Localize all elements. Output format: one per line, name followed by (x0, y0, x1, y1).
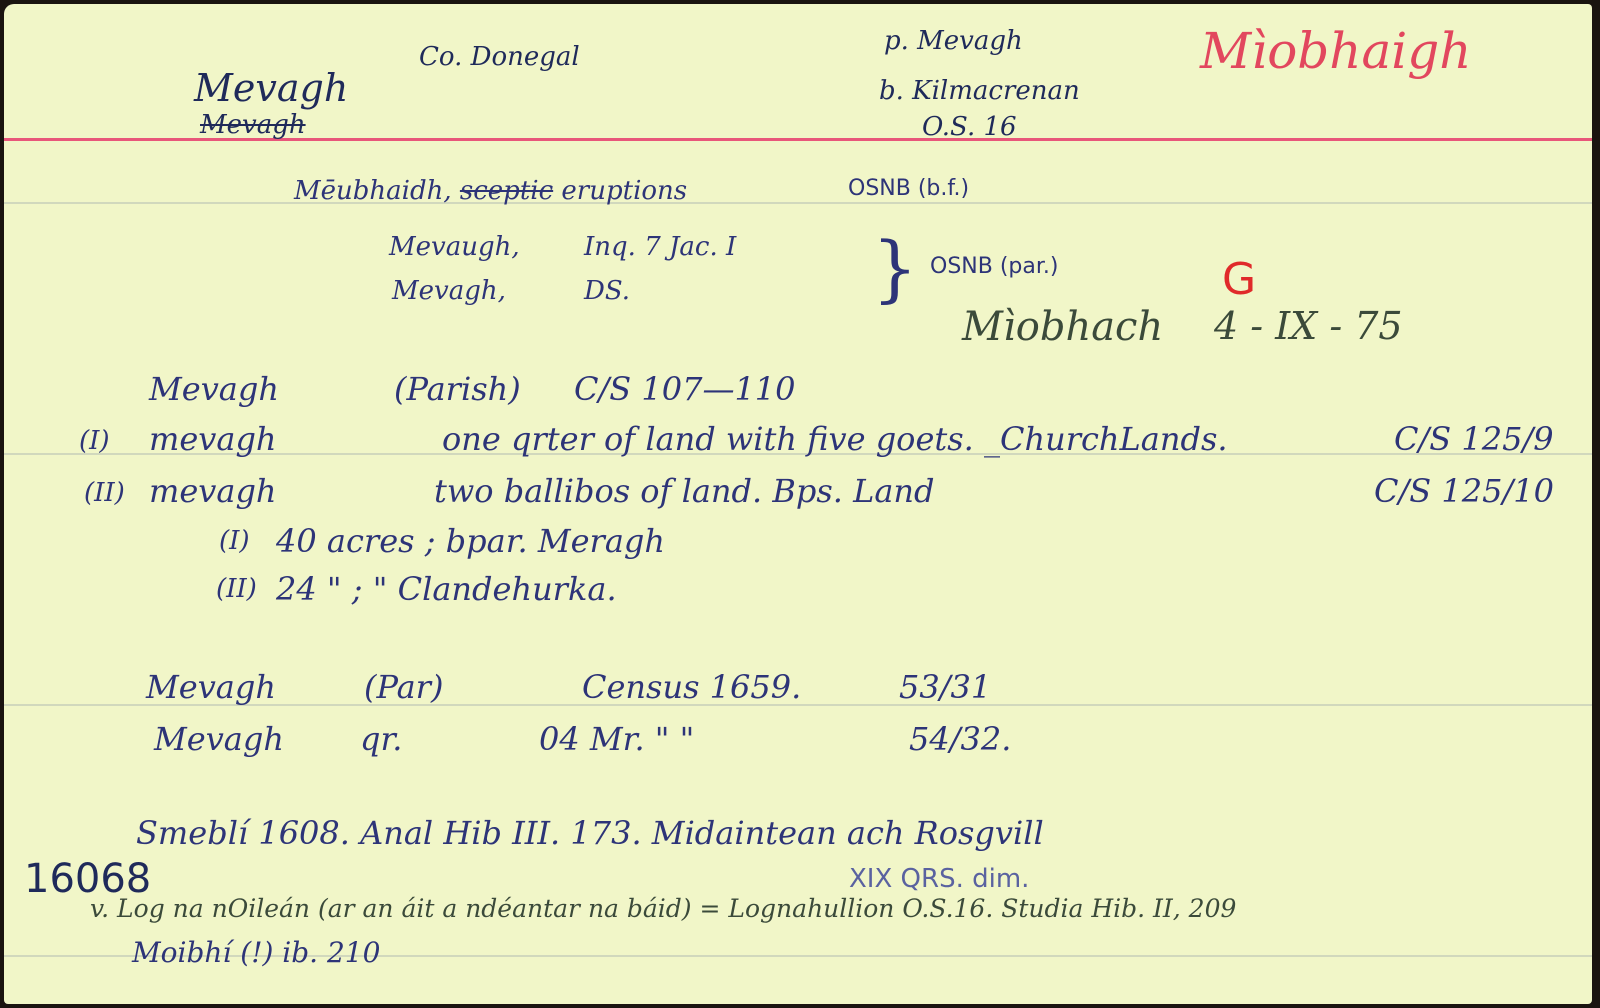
grade-mark: G (1222, 254, 1256, 305)
other-line3: Moibhí (!) ib. 210 (132, 936, 380, 969)
census-0-ref: 53/31 (899, 668, 991, 706)
osnb-line2-ref: Inq. 7 Jac. I (584, 232, 736, 262)
osnb-line2-form: Mevaugh, (389, 232, 520, 262)
census-1-source: 04 Mr. " " (539, 720, 694, 758)
overwrite-note: XIX QRS. dim. (849, 864, 1029, 894)
census-0-desc: (Par) (364, 668, 443, 706)
cs-entry-2-form: mevagh (149, 472, 277, 510)
osnb-rest: eruptions (561, 176, 687, 206)
bracket: } (872, 226, 918, 310)
irish-form-red: Mìobhaigh (1200, 22, 1472, 80)
osnb-form: Mēubhaidh, (294, 176, 452, 206)
cs-entry-1-desc: one qrter of land with five goets. _Chur… (442, 420, 1228, 458)
cs-entry-0-form: Mevagh (149, 370, 279, 408)
sub-entry-1-text: 24 " ; " Clandehurka. (276, 570, 617, 608)
cs-entry-2-ref: C/S 125/10 (1374, 472, 1554, 510)
decision-form: Mìobhach (962, 304, 1163, 350)
cs-entry-1-ref: C/S 125/9 (1394, 420, 1554, 458)
osnb-source-bf: OSNB (b.f.) (848, 176, 969, 201)
census-0-form: Mevagh (146, 668, 276, 706)
census-0-source: Census 1659. (582, 668, 801, 706)
other-line2: v. Log na nOileán (ar an áit a ndéantar … (90, 894, 1236, 923)
census-1-form: Mevagh (154, 720, 284, 758)
sub-entry-1-label: (II) (216, 574, 257, 604)
cs-entry-2-label: (II) (84, 478, 125, 508)
barony: b. Kilmacrenan (879, 76, 1080, 106)
cs-entry-0-ref: C/S 107—110 (574, 370, 796, 408)
parish: p. Mevagh (884, 26, 1023, 56)
osnb-line1: Mēubhaidh, sceptic eruptions (294, 176, 687, 206)
osnb-struck: sceptic (460, 176, 553, 206)
osnb-par-source: OSNB (par.) (930, 254, 1058, 279)
cs-entry-2-desc: two ballibos of land. Bps. Land (434, 472, 935, 510)
cs-entry-1-form: mevagh (149, 420, 277, 458)
headword-struck: Mevagh (200, 110, 306, 140)
osnb-line3-form: Mevagh, (392, 276, 506, 306)
os-sheet: O.S. 16 (922, 112, 1017, 142)
decision-date: 4 - IX - 75 (1214, 304, 1403, 348)
osnb-line3-ref: DS. (584, 276, 630, 306)
census-1-desc: qr. (360, 720, 402, 758)
sub-entry-0-label: (I) (219, 526, 250, 556)
census-1-ref: 54/32. (909, 720, 1011, 758)
index-card: Mevagh Mevagh Co. Donegal p. Mevagh b. K… (4, 4, 1592, 1004)
headword: Mevagh (194, 66, 348, 110)
cs-entry-1-label: (I) (79, 426, 110, 456)
county: Co. Donegal (419, 42, 580, 72)
other-line1: Smeblí 1608. Anal Hib III. 173. Midainte… (136, 814, 1044, 852)
sub-entry-0-text: 40 acres ; bpar. Meragh (276, 522, 665, 560)
cs-entry-0-desc: (Parish) (394, 370, 521, 408)
